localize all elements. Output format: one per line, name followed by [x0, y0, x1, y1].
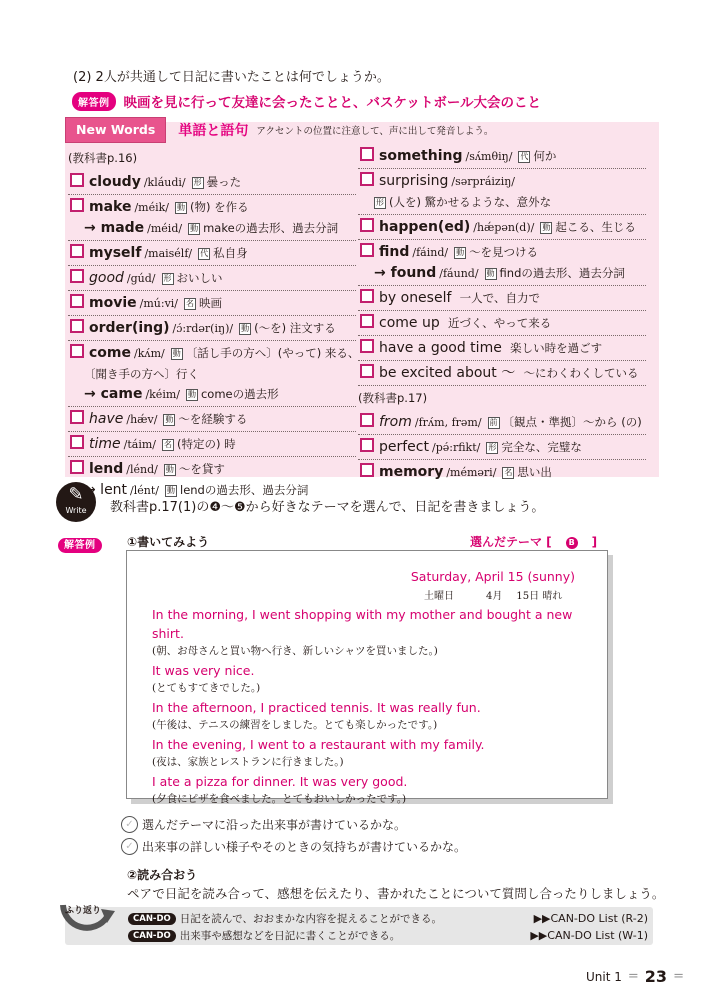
- checkbox-icon[interactable]: [360, 463, 374, 477]
- checkbox-icon[interactable]: [70, 269, 84, 283]
- self-check-item[interactable]: ✓ 選んだテーマに沿った出来事が書けているかな。: [121, 816, 406, 833]
- new-words-header: New Words 単語と語句 アクセントの位置に注意して、声に出して発音しよう…: [65, 118, 493, 142]
- checkbox-icon[interactable]: [70, 435, 84, 449]
- part-of-speech-icon: 名: [184, 298, 196, 310]
- checkbox-icon[interactable]: [70, 410, 84, 424]
- review-arrow-icon: ふり返り: [57, 897, 117, 945]
- chosen-theme: 選んだテーマ [B]: [470, 533, 597, 550]
- can-do-link[interactable]: ▶▶CAN-DO List (R-2): [534, 912, 648, 925]
- part-of-speech-icon: 形: [192, 177, 204, 189]
- can-do-badge: CAN-DO: [128, 913, 176, 925]
- can-do-item: CAN-DO 出来事や感想などを日記に書くことができる。 ▶▶CAN-DO Li…: [128, 928, 648, 943]
- theme-marker-icon: B: [566, 537, 578, 549]
- part-of-speech-icon: 動: [540, 222, 552, 234]
- part-of-speech-icon: 動: [454, 247, 466, 259]
- diary-line-en: I ate a pizza for dinner. It was very go…: [152, 772, 602, 791]
- diary-line-ja: (朝、お母さんと買い物へ行き、新しいシャツを買いました。): [152, 643, 602, 660]
- part-of-speech-icon: 代: [518, 151, 530, 163]
- vocab-subitem: → found/fáund/動findの過去形、過去分詞: [360, 263, 646, 284]
- vocab-item: come up 近づく、やって来る: [358, 311, 646, 336]
- step1-heading: ①書いてみよう: [127, 533, 209, 550]
- vocab-item: memory/méməri/名思い出: [358, 460, 646, 484]
- new-words-note: アクセントの位置に注意して、声に出して発音しよう。: [256, 123, 493, 137]
- vocab-item: happen(ed)/hǽpən(d)/動起こる、生じる: [358, 215, 646, 240]
- checkbox-icon[interactable]: [360, 243, 374, 257]
- checkbox-icon[interactable]: [70, 198, 84, 212]
- part-of-speech-icon: 動: [163, 414, 175, 426]
- unit-label: Unit 1: [586, 970, 622, 984]
- vocab-item: from/frʌ́m, frəm/前〔観点・準拠〕〜から (の): [358, 410, 646, 435]
- diary-line-ja: (とてもすてきでした。): [152, 680, 602, 697]
- part-of-speech-icon: 代: [198, 248, 210, 260]
- diary-lines: In the morning, I went shopping with my …: [152, 605, 602, 809]
- vocab-subitem: → made/méid/動makeの過去形、過去分詞: [70, 218, 356, 239]
- vocab-item: movie/mú:vi/名映画: [68, 291, 356, 316]
- checkbox-icon[interactable]: [70, 244, 84, 258]
- self-check-item[interactable]: ✓ 出来事の詳しい様子やそのときの気持ちが書けているかな。: [121, 838, 466, 855]
- page-footer: Unit 1 = 23 =: [586, 967, 684, 986]
- part-of-speech-icon: 動: [239, 323, 251, 335]
- check-circle-icon[interactable]: ✓: [121, 838, 138, 855]
- vocab-item: have a good time 楽しい時を過ごす: [358, 336, 646, 361]
- diary-line-ja: (午後は、テニスの練習をしました。とても楽しかったです。): [152, 717, 602, 734]
- textbook-source: (教科書p.16): [68, 146, 356, 170]
- pencil-icon: ✎: [56, 484, 96, 506]
- page-number: 23: [645, 967, 667, 986]
- vocab-item: something/sʌ́mθiŋ/代何か: [358, 144, 646, 169]
- part-of-speech-icon: 動: [171, 348, 183, 360]
- diary-line-en: In the afternoon, I practiced tennis. It…: [152, 698, 602, 717]
- vocab-item: time/táim/名(特定の) 時: [68, 432, 356, 457]
- vocab-column-right: something/sʌ́mθiŋ/代何か surprising/sərprái…: [358, 144, 646, 484]
- part-of-speech-icon: 前: [488, 417, 500, 429]
- step2-heading: ②読み合おう: [127, 866, 197, 883]
- write-pencil-icon: ✎ Write: [56, 482, 96, 522]
- vocab-item: make/méik/動(物) を作る → made/méid/動makeの過去形…: [68, 195, 356, 241]
- answer-example-badge: 解答例: [58, 533, 102, 552]
- vocab-item: cloudy/kláudi/形曇った: [68, 170, 356, 195]
- checkbox-icon[interactable]: [70, 173, 84, 187]
- part-of-speech-icon: 名: [502, 467, 514, 479]
- diary-line-ja: (夕食にピザを食べました。とてもおいしかったです。): [152, 791, 602, 808]
- divider-icon: =: [628, 969, 639, 984]
- diary-line-ja: (夜は、家族とレストランに行きました。): [152, 754, 602, 771]
- checkbox-icon[interactable]: [360, 413, 374, 427]
- checkbox-icon[interactable]: [70, 460, 84, 474]
- vocab-item: perfect/pə́:rfikt/形完全な、完璧な: [358, 435, 646, 460]
- can-do-item: CAN-DO 日記を読んで、おおまかな内容を捉えることができる。 ▶▶CAN-D…: [128, 911, 648, 926]
- checkbox-icon[interactable]: [70, 344, 84, 358]
- checkbox-icon[interactable]: [360, 147, 374, 161]
- diary-date: Saturday, April 15 (sunny): [411, 569, 575, 584]
- part-of-speech-icon: 形: [374, 197, 386, 209]
- checkbox-icon[interactable]: [360, 172, 374, 186]
- vocab-item: have/hǽv/動〜を経験する: [68, 407, 356, 432]
- write-prompt: 教科書p.17(1)の❹〜❺から好きなテーマを選んで、日記を書きましょう。: [110, 496, 544, 515]
- checkbox-icon[interactable]: [360, 364, 374, 378]
- vocab-item: by oneself 一人で、自力で: [358, 286, 646, 311]
- divider-icon: =: [673, 969, 684, 984]
- part-of-speech-icon: 動: [485, 268, 497, 280]
- part-of-speech-icon: 名: [162, 439, 174, 451]
- checkbox-icon[interactable]: [360, 339, 374, 353]
- diary-date-ja: 土曜日4月15日 晴れ: [424, 587, 562, 602]
- new-words-title: 単語と語句: [178, 120, 248, 140]
- diary-line-en: It was very nice.: [152, 661, 602, 680]
- answer-example-badge: 解答例: [72, 92, 116, 111]
- new-words-tag: New Words: [65, 117, 166, 143]
- step2-description: ペアで日記を読み合って、感想を伝えたり、書かれたことについて質問し合ったりしまし…: [127, 884, 664, 902]
- can-do-link[interactable]: ▶▶CAN-DO List (W-1): [530, 929, 648, 942]
- part-of-speech-icon: 動: [164, 464, 176, 476]
- vocab-item: good/gúd/形おいしい: [68, 266, 356, 291]
- diary-box: Saturday, April 15 (sunny) 土曜日4月15日 晴れ I…: [126, 550, 608, 799]
- vocab-subitem: → came/kéim/動comeの過去形: [70, 384, 356, 405]
- part-of-speech-icon: 形: [486, 442, 498, 454]
- part-of-speech-icon: 動: [186, 389, 198, 401]
- check-circle-icon[interactable]: ✓: [121, 816, 138, 833]
- vocab-item: surprising/sərpráiziŋ/ 形(人を) 驚かせるような、意外な: [358, 169, 646, 215]
- vocab-item: myself/maisélf/代私自身: [68, 241, 356, 266]
- part-of-speech-icon: 動: [175, 202, 187, 214]
- checkbox-icon[interactable]: [360, 289, 374, 303]
- vocab-item: find/fáind/動〜を見つける → found/fáund/動findの過…: [358, 240, 646, 286]
- vocab-item: order(ing)/ɔ́:rdər(iŋ)/動(〜を) 注文する: [68, 316, 356, 341]
- diary-line-en: In the evening, I went to a restaurant w…: [152, 735, 602, 754]
- checkbox-icon[interactable]: [360, 438, 374, 452]
- part-of-speech-icon: 動: [165, 485, 177, 497]
- part-of-speech-icon: 動: [188, 223, 200, 235]
- answer-example-row: 解答例 映画を見に行って友達に会ったことと、バスケットボール大会のこと: [72, 91, 541, 111]
- vocab-item: come/kʌ́m/動〔話し手の方へ〕(やって) 来る、 〔聞き手の方へ〕行く …: [68, 341, 356, 407]
- can-do-badge: CAN-DO: [128, 930, 176, 942]
- question-2: (2) 2人が共通して日記に書いたことは何でしょうか。: [73, 66, 390, 85]
- checkbox-icon[interactable]: [360, 218, 374, 232]
- vocab-item: be excited about 〜 〜にわくわくしている: [358, 361, 646, 386]
- checkbox-icon[interactable]: [360, 314, 374, 328]
- vocab-column-left: (教科書p.16) cloudy/kláudi/形曇った make/méik/動…: [68, 146, 356, 502]
- checkbox-icon[interactable]: [70, 294, 84, 308]
- diary-line-en: In the morning, I went shopping with my …: [152, 605, 602, 643]
- checkbox-icon[interactable]: [70, 319, 84, 333]
- part-of-speech-icon: 形: [162, 273, 174, 285]
- answer-text: 映画を見に行って友達に会ったことと、バスケットボール大会のこと: [124, 91, 542, 111]
- textbook-source: (教科書p.17): [358, 386, 646, 410]
